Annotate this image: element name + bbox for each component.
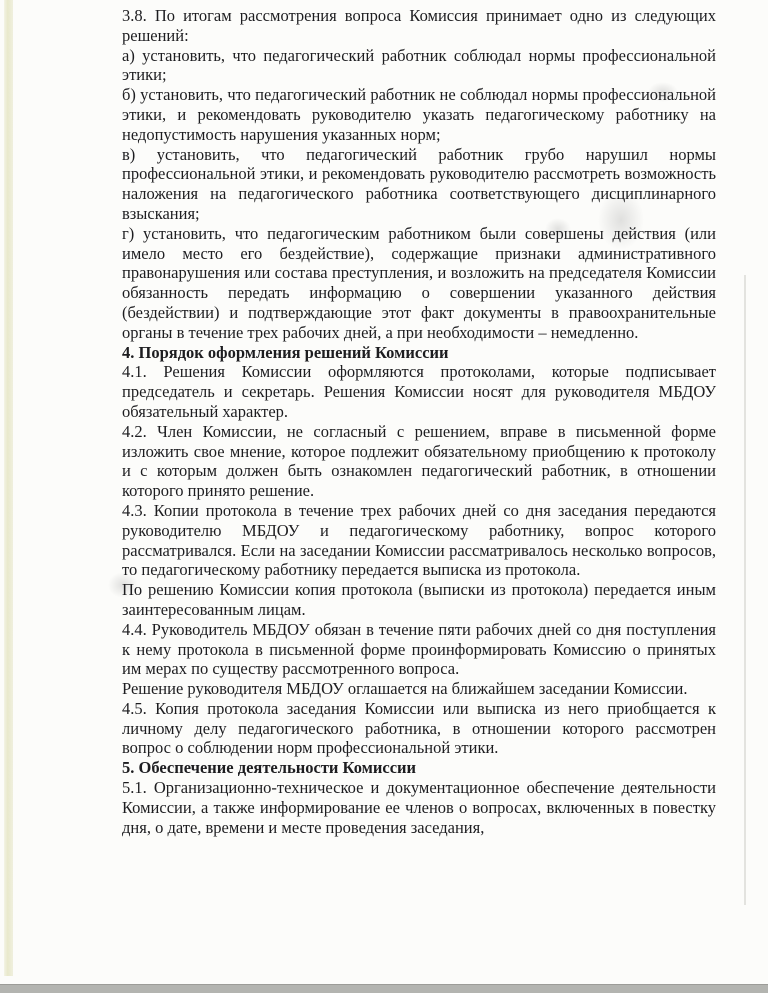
paragraph: г) установить, что педагогическим работн… [122,224,716,343]
paragraph: 3.8. По итогам рассмотрения вопроса Коми… [122,6,716,46]
paragraph: б) установить, что педагогический работн… [122,85,716,144]
document-page: 3.8. По итогам рассмотрения вопроса Коми… [0,0,768,985]
section-heading: 4. Порядок оформления решений Комиссии [122,343,716,363]
paragraph: 4.1. Решения Комиссии оформляются проток… [122,362,716,421]
paragraph: 5.1. Организационно-техническое и докуме… [122,778,716,837]
scan-shadow-line [744,275,746,905]
scan-edge-strip [4,0,13,976]
paragraph: 4.5. Копия протокола заседания Комиссии … [122,699,716,758]
document-text: 3.8. По итогам рассмотрения вопроса Коми… [122,6,716,837]
paragraph: в) установить, что педагогический работн… [122,145,716,224]
paragraph: а) установить, что педагогический работн… [122,46,716,86]
paragraph: 4.4. Руководитель МБДОУ обязан в течение… [122,620,716,679]
paragraph: Решение руководителя МБДОУ оглашается на… [122,679,716,699]
section-heading: 5. Обеспечение деятельности Комиссии [122,758,716,778]
paragraph: 4.2. Член Комиссии, не согласный с решен… [122,422,716,501]
paragraph: По решению Комиссии копия протокола (вып… [122,580,716,620]
paragraph: 4.3. Копии протокола в течение трех рабо… [122,501,716,580]
